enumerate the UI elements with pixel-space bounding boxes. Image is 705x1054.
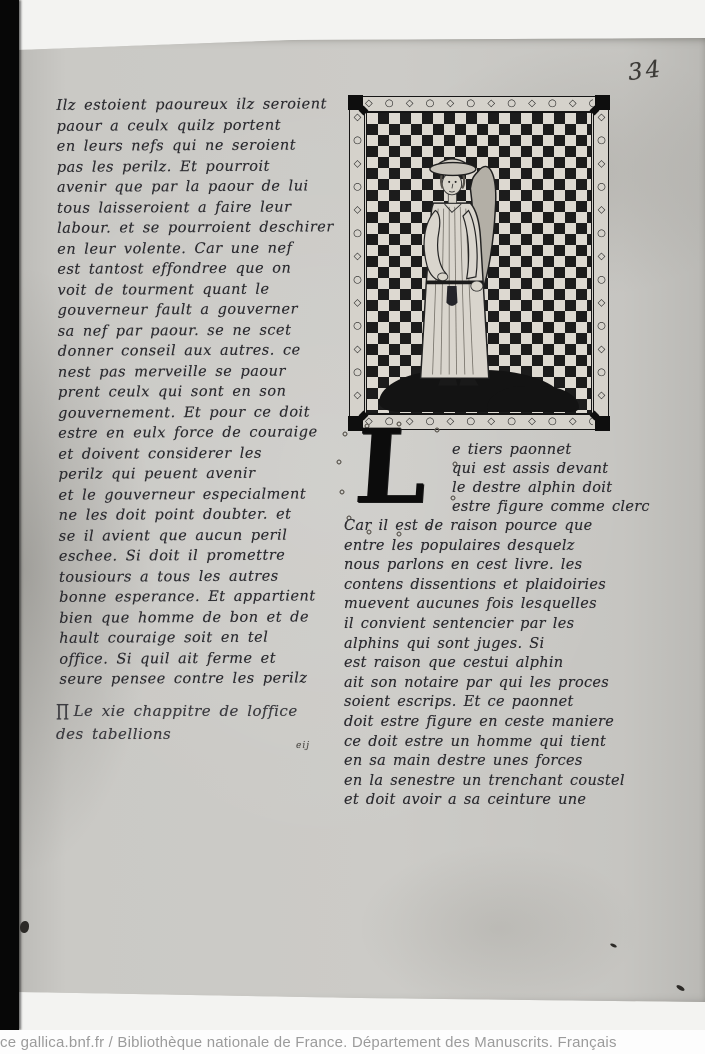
text-line: eschee. Si doit il promettre (59, 545, 344, 567)
text-line: il convient sentencier par les (344, 615, 649, 635)
chapter-rubric: ΠLe xie chappitre de loffice des tabelli… (56, 700, 336, 746)
left-text-column: Ilz estoient paoureux ilz seroientpaour … (56, 94, 344, 690)
right-text-column: Car il est de raison pource queentre les… (344, 517, 649, 811)
lozenge-circle-border-top: ◇ ○ ◇ ○ ◇ ○ ◇ ○ ◇ ○ ◇ ○ ◇ ○ ◇ ○ ◇ ○ ◇ ○ … (365, 97, 593, 112)
text-line: bien que homme de bon et de (59, 607, 344, 629)
text-line: bonne esperance. Et appartient (59, 586, 344, 608)
initial-letter: L (351, 416, 430, 518)
text-line: contens dissentions et plaidoiries (344, 576, 649, 596)
text-line: prent ceulx qui sont en son (58, 381, 343, 403)
text-line: ait son notaire par qui les proces (344, 674, 649, 694)
text-line: en la senestre un trenchant coustel (344, 772, 649, 792)
text-line: paour a ceulx quilz portent (57, 115, 342, 137)
text-line: soient escrips. Et ce paonnet (344, 693, 649, 713)
text-line: doit estre figure en ceste maniere (344, 713, 649, 733)
text-line: donner conseil aux autres. ce (58, 340, 343, 362)
text-line: gouvernement. Et pour ce doit (58, 402, 343, 424)
text-line: muevent aucunes fois lesquelles (344, 595, 649, 615)
lozenge-circle-border-right: ◇ ○ ◇ ○ ◇ ○ ◇ ○ ◇ ○ ◇ ○ ◇ ○ ◇ ○ ◇ ○ ◇ ○ … (593, 112, 608, 414)
text-line: en leurs nefs qui ne seroient (57, 135, 342, 157)
text-line: estre figure comme clerc (452, 498, 650, 517)
text-line: nest pas merveille se paour (58, 361, 343, 383)
text-line: entre les populaires desquelz (344, 537, 649, 557)
text-line: le destre alphin doit (452, 479, 650, 498)
quire-signature: eij (296, 741, 310, 751)
text-line: et doivent considerer les (58, 443, 343, 465)
text-line: en sa main destre unes forces (344, 752, 649, 772)
text-line: e tiers paonnet (452, 441, 650, 460)
text-line: seure pensee contre les perilz (59, 668, 344, 690)
paraph-mark-icon: Π (56, 696, 70, 729)
text-line: et le gouverneur especialment (58, 484, 343, 506)
text-line: perilz qui peuent avenir (58, 463, 343, 485)
miniature-illustration: ◇ ○ ◇ ○ ◇ ○ ◇ ○ ◇ ○ ◇ ○ ◇ ○ ◇ ○ ◇ ○ ◇ ○ … (349, 96, 609, 430)
text-line: nous parlons en cest livre. les (344, 556, 649, 576)
text-line: tousiours a tous les autres (59, 566, 344, 588)
text-line: tous laisseroient a faire leur (57, 197, 342, 219)
text-line: qui est assis devant (452, 460, 650, 479)
gallica-credit-text: ce gallica.bnf.fr / Bibliothèque nationa… (0, 1034, 617, 1051)
text-line: pas les perilz. Et pourroit (57, 156, 342, 178)
text-line: Car il est de raison pource que (344, 517, 649, 537)
text-line: ne les doit point doubter. et (59, 504, 344, 526)
text-line: hault couraige soit en tel (59, 627, 344, 649)
text-line: gouverneur fault a gouverner (58, 299, 343, 321)
right-column-beside-initial: e tiers paonnetqui est assis devantle de… (452, 441, 650, 517)
folio-number: 34 (627, 56, 665, 86)
text-line: avenir que par la paour de lui (57, 176, 342, 198)
pawn-figure (407, 146, 519, 404)
text-line: se il avient que aucun peril (59, 525, 344, 547)
rubric-line-1: ΠLe xie chappitre de loffice (56, 700, 336, 723)
decorated-initial: L (345, 428, 450, 526)
text-line: estre en eulx force de couraige (58, 422, 343, 444)
rubric-line-2: des tabellions (56, 723, 336, 746)
text-line: office. Si quil ait ferme et (59, 648, 344, 670)
corner-ornament-icon (595, 416, 610, 431)
gallica-credit-banner: ce gallica.bnf.fr / Bibliothèque nationa… (0, 1030, 705, 1054)
text-line: Ilz estoient paoureux ilz seroient (56, 94, 341, 116)
lozenge-circle-border-left: ◇ ○ ◇ ○ ◇ ○ ◇ ○ ◇ ○ ◇ ○ ◇ ○ ◇ ○ ◇ ○ ◇ ○ … (350, 112, 365, 414)
manuscript-scan: 34 Ilz estoient paoureux ilz seroientpao… (0, 0, 705, 1030)
text-line: labour. et se pourroient deschirer (57, 217, 342, 239)
text-line: ce doit estre un homme qui tient (344, 733, 649, 753)
text-line: sa nef par paour. se ne scet (58, 320, 343, 342)
corner-ornament-icon (348, 95, 363, 110)
text-line: est tantost effondree que on (57, 258, 342, 280)
text-line: alphins qui sont juges. Si (344, 635, 649, 655)
text-line: en leur volente. Car une nef (57, 238, 342, 260)
text-line: et doit avoir a sa ceinture une (344, 791, 649, 811)
book-gutter-shadow (0, 0, 19, 1030)
text-line: est raison que cestui alphin (344, 654, 649, 674)
checkerboard-background (366, 112, 592, 414)
text-line: voit de tourment quant le (57, 279, 342, 301)
corner-ornament-icon (595, 95, 610, 110)
